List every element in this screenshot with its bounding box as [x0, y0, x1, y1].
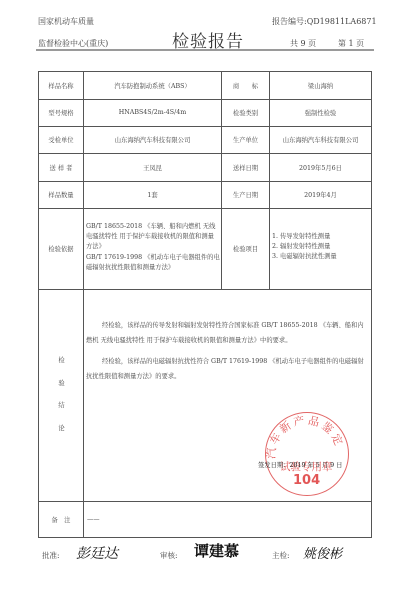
- test-item-1: 1. 传导发射特性测量: [272, 232, 370, 242]
- org-name-line2: 监督检验中心(重庆): [38, 38, 108, 49]
- conclusion-label-char-3: 结: [39, 400, 84, 409]
- stamp-ring-text: 汽车新产品鉴定: [265, 413, 347, 460]
- test-items-list: 1. 传导发射特性测量 2. 辐射发射特性测量 3. 电磁辐射抗扰性测量: [272, 232, 370, 262]
- review-signature: 谭建慕: [194, 540, 239, 561]
- header-divider: [36, 49, 374, 51]
- inspector-signature: 姚俊彬: [303, 543, 342, 562]
- label-manufacturer: 生产单位: [222, 126, 269, 153]
- report-number: 报告编号:QD19811LA6871: [272, 16, 377, 27]
- value-sample-name: 汽车防抱制动系统（ABS）: [84, 72, 221, 99]
- conclusion-label-char-2: 验: [39, 378, 84, 387]
- label-sample-name: 样品名称: [39, 72, 83, 99]
- value-remarks: ——: [87, 502, 367, 537]
- basis-standards: GB/T 18655-2018 《车辆、船和内燃机 无线电骚扰特性 用于保护车载…: [86, 222, 220, 273]
- test-item-3: 3. 电磁辐射抗扰性测量: [272, 252, 370, 262]
- value-trademark: 梁山海纳: [270, 72, 371, 99]
- value-inspection-type: 强制性检验: [270, 99, 371, 126]
- label-remarks: 备 注: [39, 502, 83, 537]
- svg-text:汽车新产品鉴定: 汽车新产品鉴定: [265, 413, 347, 460]
- total-pages: 共 9 页: [290, 38, 316, 49]
- review-label: 审核:: [160, 550, 178, 561]
- basis-standard-2: GB/T 17619-1998 《机动车电子电器组件的电磁辐射抗扰性限值和测量方…: [86, 253, 220, 273]
- stamp-number: 104: [293, 473, 320, 488]
- approve-label: 批准:: [42, 550, 60, 561]
- test-item-2: 2. 辐射发射特性测量: [272, 242, 370, 252]
- conclusion-label-char-4: 论: [39, 423, 84, 432]
- conclusion-label-char-1: 检: [39, 355, 84, 364]
- org-name-line1: 国家机动车质量: [38, 16, 94, 27]
- issue-date: 签发日期：2019 年 5 月 9 日: [258, 460, 342, 469]
- label-model: 型号规格: [39, 99, 83, 126]
- value-model: HNABS4S/2m-4S/4m: [84, 99, 221, 126]
- inspector-label: 主检:: [272, 550, 290, 561]
- value-quantity: 1套: [84, 181, 221, 208]
- label-trademark: 商 标: [222, 72, 269, 99]
- basis-standard-1: GB/T 18655-2018 《车辆、船和内燃机 无线电骚扰特性 用于保护车载…: [86, 222, 220, 253]
- row-divider: [39, 289, 371, 290]
- value-client: 山东海纳汽车科技有限公司: [84, 126, 221, 153]
- label-sender: 送 样 者: [39, 153, 83, 181]
- label-send-date: 送样日期: [222, 153, 269, 181]
- label-basis: 检验依据: [39, 208, 83, 289]
- label-test-items: 检验项目: [222, 208, 269, 289]
- value-sender: 王凤昆: [84, 153, 221, 181]
- row-divider: [39, 208, 371, 209]
- value-manufacturer: 山东海纳汽车科技有限公司: [270, 126, 371, 153]
- label-production-date: 生产日期: [222, 181, 269, 208]
- value-send-date: 2019年5月6日: [270, 153, 371, 181]
- label-client: 受检单位: [39, 126, 83, 153]
- page-number: 第 1 页: [338, 38, 364, 49]
- conclusion-paragraph-1: 经检验，该样品的传导发射和辐射发射特性符合国家标准 GB/T 18655-201…: [86, 318, 368, 348]
- official-stamp: 汽车新产品鉴定 试验专用章 104: [265, 412, 349, 496]
- label-quantity: 样品数量: [39, 181, 83, 208]
- approve-signature: 彭廷达: [76, 543, 118, 563]
- label-inspection-type: 检验类别: [222, 99, 269, 126]
- value-production-date: 2019年4月: [270, 181, 371, 208]
- conclusion-paragraph-2: 经检验，该样品的电磁辐射抗扰性符合 GB/T 17619-1998 《机动车电子…: [86, 354, 368, 384]
